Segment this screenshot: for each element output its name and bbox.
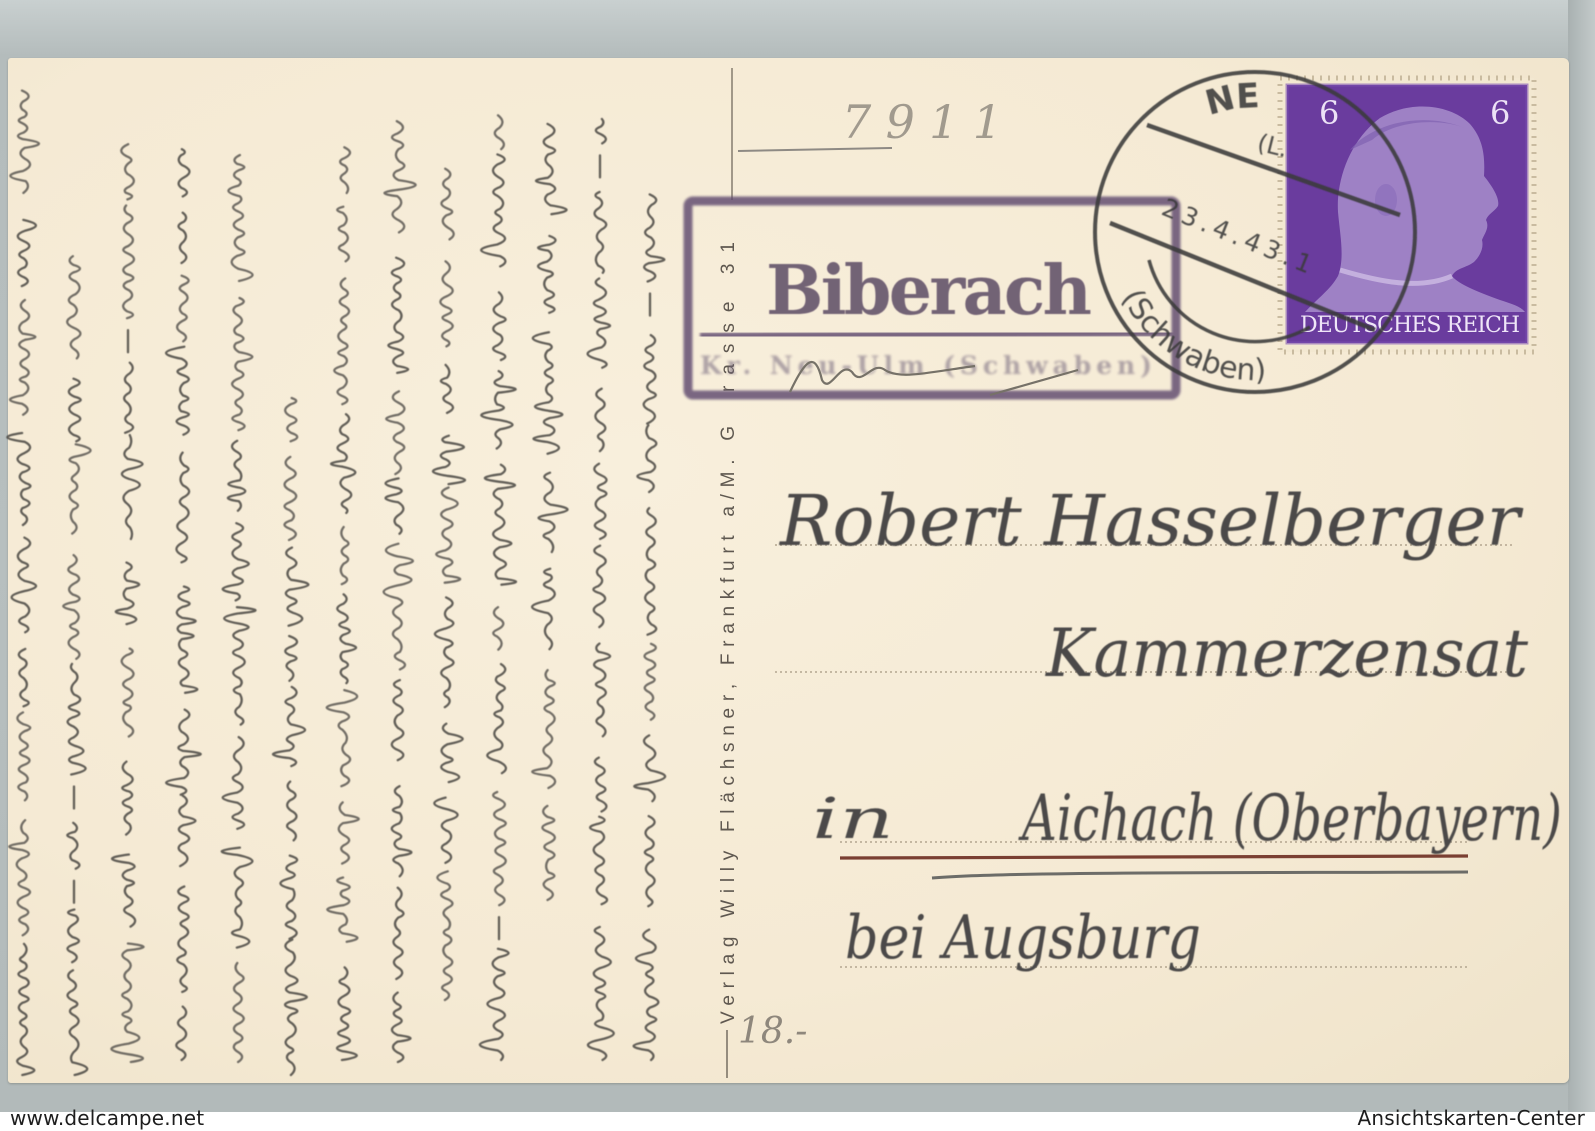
handwritten-word xyxy=(179,796,196,867)
postmark-city: NE xyxy=(1201,76,1260,124)
handwritten-word xyxy=(595,758,607,812)
handwritten-word xyxy=(228,155,252,281)
handwritten-word xyxy=(645,816,655,906)
handwritten-word xyxy=(334,278,349,404)
handwritten-word xyxy=(222,848,253,948)
handwritten-word xyxy=(337,207,349,262)
handwritten-word xyxy=(68,664,86,775)
handwritten-word xyxy=(339,802,359,863)
handwritten-word xyxy=(392,786,412,876)
handwritten-word xyxy=(232,298,252,430)
handwritten-word xyxy=(493,292,506,360)
catalog-number: 7911 xyxy=(842,95,1002,149)
handwritten-word xyxy=(588,279,610,368)
handwritten-word xyxy=(223,737,244,829)
handwritten-word xyxy=(116,563,139,625)
publisher-text: Verlag Willy Flächsner, Frankfurt a/M. G xyxy=(718,426,739,1024)
postcard-drawing: 7911 Verlag Willy Flächsner, Frankfurt a… xyxy=(0,0,1595,1131)
handwritten-word xyxy=(69,379,81,442)
handwritten-word xyxy=(18,220,36,286)
handwritten-word xyxy=(542,806,554,900)
handwritten-word xyxy=(384,544,413,670)
handwritten-word xyxy=(122,762,132,835)
handwritten-word xyxy=(536,124,567,214)
handwritten-word xyxy=(166,710,201,795)
handwritten-word xyxy=(341,527,349,584)
handwritten-underline xyxy=(932,872,1468,878)
handwritten-word xyxy=(124,363,133,433)
watermark-ansichtskarten-center: Ansichtskarten-Center xyxy=(1357,1106,1585,1130)
handwritten-word xyxy=(435,597,454,707)
handwritten-word xyxy=(433,436,465,484)
handwritten-word xyxy=(228,441,245,511)
handwritten-word xyxy=(388,258,408,373)
handwritten-word xyxy=(594,464,606,539)
handwritten-word xyxy=(176,1007,186,1060)
handwritten-word xyxy=(179,149,190,196)
handwritten-word xyxy=(340,147,350,193)
handwritten-word xyxy=(634,735,665,801)
handwritten-message xyxy=(7,91,665,1075)
cachet-district: Kr. Neu-Ulm (Schwaben) xyxy=(700,351,1152,380)
handwritten-word xyxy=(17,712,30,800)
address-name: Robert Hasselberger xyxy=(778,480,1524,562)
handwritten-word xyxy=(386,391,404,474)
handwritten-word xyxy=(176,453,189,563)
address-line-2: Kammerzensat xyxy=(1045,615,1528,692)
handwritten-word xyxy=(637,425,656,492)
handwritten-word xyxy=(493,792,506,905)
cachet-town: Biberach xyxy=(766,251,1092,331)
handwritten-word xyxy=(393,888,403,979)
handwritten-word xyxy=(480,949,509,1060)
handwritten-word xyxy=(481,154,505,266)
handwritten-word xyxy=(590,817,607,905)
handwritten-word xyxy=(284,457,296,540)
handwritten-word xyxy=(441,365,453,413)
handwritten-word xyxy=(223,523,249,600)
handwritten-word xyxy=(166,347,189,435)
handwritten-word xyxy=(495,115,504,149)
pencil-catalog-note: 7911 xyxy=(738,95,1002,151)
handwritten-word xyxy=(177,587,198,693)
postcard-scan: 7911 Verlag Willy Flächsner, Frankfurt a… xyxy=(0,0,1595,1131)
handwritten-word xyxy=(485,465,516,585)
handwritten-word xyxy=(386,478,404,533)
handwritten-word xyxy=(280,856,297,939)
handwritten-word xyxy=(337,594,356,683)
handwritten-word xyxy=(68,970,88,1075)
handwritten-word xyxy=(644,644,655,720)
handwritten-word xyxy=(538,236,555,313)
address-prefix: in xyxy=(812,787,894,852)
handwritten-word xyxy=(440,261,452,346)
handwritten-word xyxy=(384,121,415,232)
handwritten-word xyxy=(10,91,39,193)
handwritten-word xyxy=(392,680,404,760)
handwritten-word xyxy=(12,538,36,633)
handwritten-word xyxy=(634,930,659,1060)
handwritten-word xyxy=(588,927,614,1060)
handwritten-word xyxy=(481,371,515,448)
handwritten-word xyxy=(70,444,91,533)
handwritten-word xyxy=(532,670,555,788)
handwritten-word xyxy=(331,414,355,513)
handwritten-word xyxy=(112,855,135,927)
handwritten-word xyxy=(392,993,411,1062)
handwritten-word xyxy=(337,967,357,1060)
handwritten-word xyxy=(122,649,134,737)
handwritten-word xyxy=(178,213,186,263)
handwritten-word xyxy=(224,607,255,724)
handwritten-word xyxy=(286,548,309,626)
handwritten-word xyxy=(645,508,656,635)
handwritten-word xyxy=(285,940,307,1075)
handwritten-word xyxy=(10,300,35,415)
handwritten-word xyxy=(434,798,457,863)
pencil-price: 18.- xyxy=(738,1011,807,1052)
handwritten-word xyxy=(538,473,567,552)
postage-stamp: 6 6 DEUTSCHES REICH xyxy=(1280,78,1534,352)
handwritten-word xyxy=(285,398,297,441)
watermark-delcampe: www.delcampe.net xyxy=(10,1106,204,1130)
handwritten-word xyxy=(177,887,188,992)
handwritten-word xyxy=(19,649,29,706)
handwritten-word xyxy=(595,389,605,451)
handwritten-word xyxy=(644,194,664,281)
handwritten-word xyxy=(111,944,143,1063)
address-town: Aichach (Oberbayern) xyxy=(1018,782,1562,856)
handwritten-word xyxy=(436,488,460,583)
handwritten-word xyxy=(533,332,563,453)
handwritten-word xyxy=(285,636,297,681)
handwritten-word xyxy=(532,569,555,650)
handwritten-word xyxy=(122,435,143,539)
stamp-country: DEUTSCHES REICH xyxy=(1300,313,1520,338)
stamp-value-right: 6 xyxy=(1490,94,1510,132)
handwritten-word xyxy=(596,119,606,143)
handwritten-word xyxy=(177,276,189,342)
handwritten-word xyxy=(234,963,244,1062)
handwritten-word xyxy=(327,878,357,942)
handwritten-word xyxy=(67,256,80,358)
handwritten-word xyxy=(593,546,605,627)
handwritten-word xyxy=(63,555,79,659)
red-underline xyxy=(840,856,1468,858)
stamp-value-left: 6 xyxy=(1319,94,1339,132)
handwritten-address: Robert Hasselberger Kammerzensat in Aich… xyxy=(778,480,1562,973)
handwritten-word xyxy=(9,820,30,935)
handwritten-word xyxy=(7,433,30,525)
handwritten-word xyxy=(493,607,503,649)
handwritten-word xyxy=(123,206,134,319)
handwritten-word xyxy=(287,782,296,841)
handwritten-word xyxy=(487,664,506,773)
handwritten-word xyxy=(67,823,79,869)
handwritten-word xyxy=(17,944,34,1075)
cachet-rule xyxy=(700,333,1174,336)
address-line-4: bei Augsburg xyxy=(845,903,1201,973)
handwritten-word xyxy=(327,690,357,786)
handwritten-word xyxy=(644,335,656,424)
handwritten-word xyxy=(273,687,305,766)
town-cachet: Biberach Kr. Neu-Ulm (Schwaben) xyxy=(688,201,1176,395)
handwritten-word xyxy=(594,644,610,737)
handwritten-word xyxy=(441,724,462,782)
handwritten-word xyxy=(437,871,452,1000)
handwritten-word xyxy=(595,192,607,273)
handwritten-word xyxy=(67,910,79,963)
handwritten-word xyxy=(441,169,453,240)
publisher-imprint: Verlag Willy Flächsner, Frankfurt a/M. G… xyxy=(718,68,739,1078)
handwritten-word xyxy=(121,144,134,199)
